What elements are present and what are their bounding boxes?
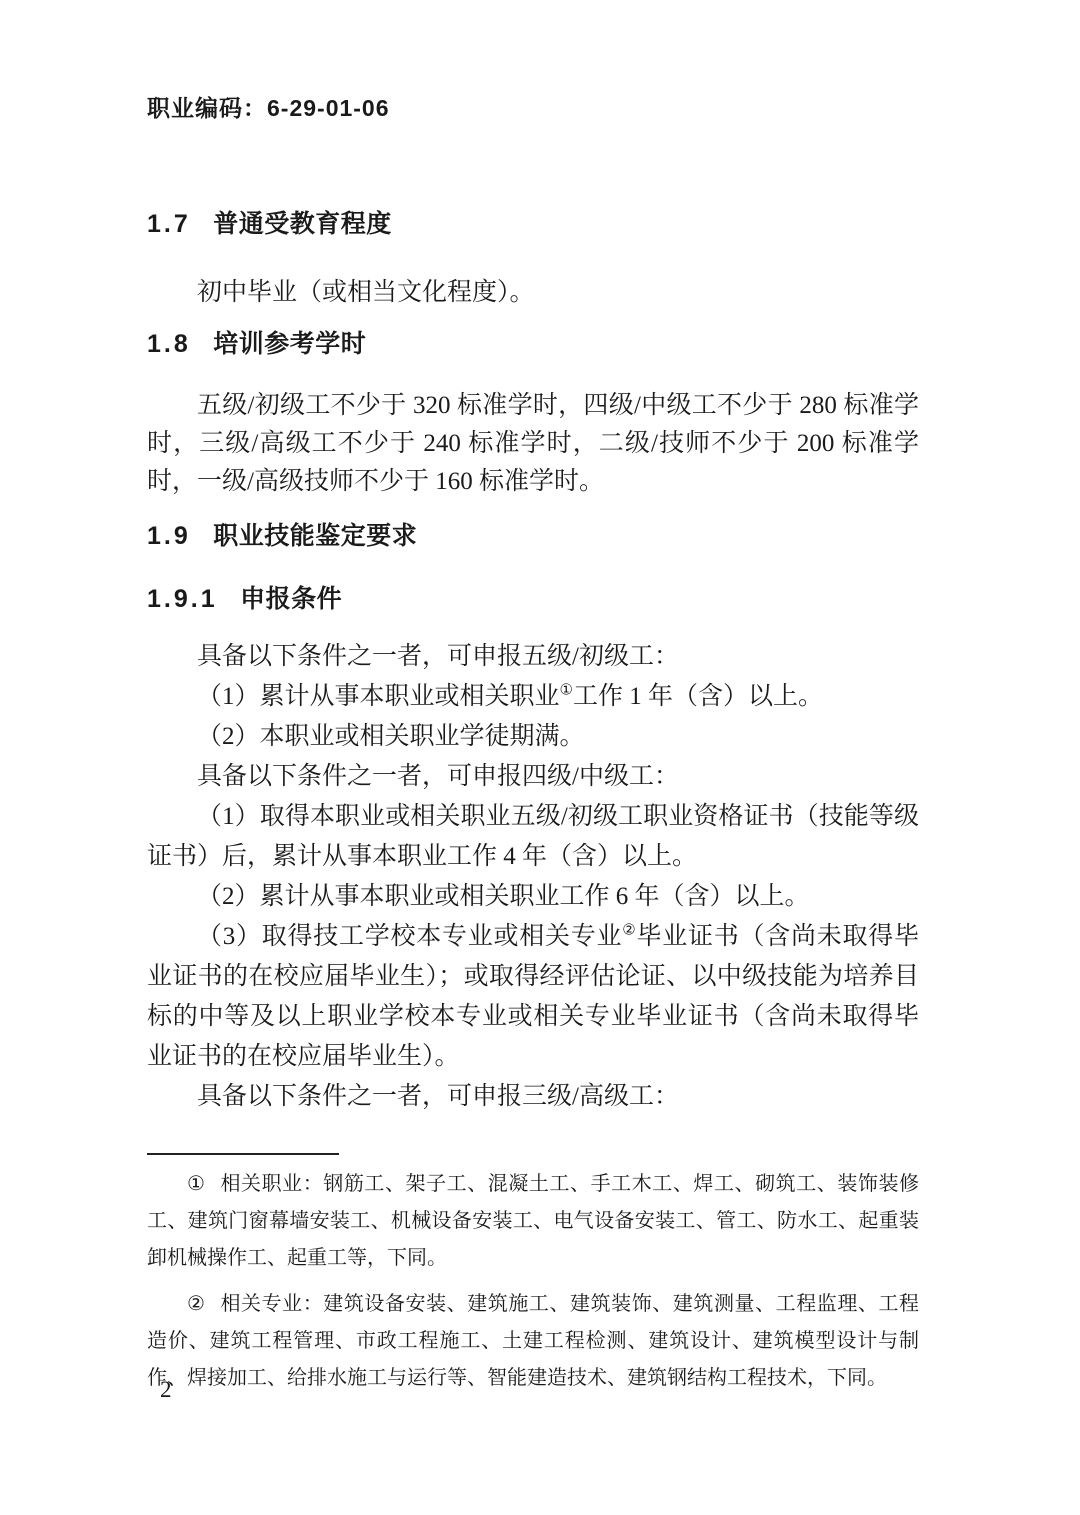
section-heading-1-9: 1.9职业技能鉴定要求: [147, 521, 919, 552]
footnote-1: ①相关职业：钢筋工、架子工、混凝土工、手工木工、焊工、砌筑工、装饰装修工、建筑门…: [147, 1166, 919, 1277]
footnote-marker-2: ②: [187, 1293, 206, 1315]
condition-text: （3）取得技工学校本专业或相关专业: [197, 923, 622, 950]
condition-text: 工作 1 年（含）以上。: [573, 683, 823, 710]
section-title: 普通受教育程度: [213, 210, 392, 238]
page-number: 2: [160, 1377, 172, 1403]
condition-level5-item1: （1）累计从事本职业或相关职业①工作 1 年（含）以上。: [147, 677, 919, 717]
section-number: 1.7: [147, 210, 191, 238]
section-heading-1-9-1: 1.9.1申报条件: [147, 584, 919, 615]
footnote-text-2: 相关专业：建筑设备安装、建筑施工、建筑装饰、建筑测量、工程监理、工程造价、建筑工…: [147, 1293, 919, 1389]
section-title: 职业技能鉴定要求: [213, 522, 417, 550]
paragraph-education: 初中毕业（或相当文化程度）。: [147, 273, 919, 313]
document-page: 职业编码：6-29-01-06 1.7普通受教育程度 初中毕业（或相当文化程度）…: [0, 0, 1080, 1515]
footnote-ref-2: ②: [622, 923, 636, 939]
footnote-ref-1: ①: [560, 683, 573, 699]
section-title: 培训参考学时: [213, 330, 366, 358]
condition-intro-level4: 具备以下条件之一者，可申报四级/中级工：: [147, 757, 919, 797]
footnote-text-1: 相关职业：钢筋工、架子工、混凝土工、手工木工、焊工、砌筑工、装饰装修工、建筑门窗…: [147, 1173, 919, 1269]
section-number: 1.9: [147, 522, 191, 550]
condition-level4-item1: （1）取得本职业或相关职业五级/初级工职业资格证书（技能等级证书）后，累计从事本…: [147, 797, 919, 877]
condition-intro-level5: 具备以下条件之一者，可申报五级/初级工：: [147, 637, 919, 677]
section-number: 1.8: [147, 330, 191, 358]
footnote-separator: [147, 1153, 339, 1155]
occupation-code-header: 职业编码：6-29-01-06: [147, 0, 919, 123]
footnotes-block: ①相关职业：钢筋工、架子工、混凝土工、手工木工、焊工、砌筑工、装饰装修工、建筑门…: [147, 1166, 919, 1397]
condition-intro-level3: 具备以下条件之一者，可申报三级/高级工：: [147, 1077, 919, 1117]
section-title: 申报条件: [240, 585, 342, 613]
occupation-code-text: 职业编码：6-29-01-06: [147, 95, 390, 121]
section-heading-1-8: 1.8培训参考学时: [147, 329, 919, 360]
condition-text: （1）累计从事本职业或相关职业: [197, 683, 560, 710]
page-content: 职业编码：6-29-01-06 1.7普通受教育程度 初中毕业（或相当文化程度）…: [0, 0, 1080, 1117]
section-number: 1.9.1: [147, 585, 218, 613]
footnote-2: ②相关专业：建筑设备安装、建筑施工、建筑装饰、建筑测量、工程监理、工程造价、建筑…: [147, 1286, 919, 1397]
application-conditions-block: 具备以下条件之一者，可申报五级/初级工： （1）累计从事本职业或相关职业①工作 …: [147, 637, 919, 1117]
footnote-marker-1: ①: [187, 1173, 206, 1195]
paragraph-training-hours: 五级/初级工不少于 320 标准学时，四级/中级工不少于 280 标准学时，三级…: [147, 387, 919, 501]
condition-level4-item3: （3）取得技工学校本专业或相关专业②毕业证书（含尚未取得毕业证书的在校应届毕业生…: [147, 917, 919, 1077]
section-heading-1-7: 1.7普通受教育程度: [147, 209, 919, 240]
condition-level4-item2: （2）累计从事本职业或相关职业工作 6 年（含）以上。: [147, 877, 919, 917]
condition-level5-item2: （2）本职业或相关职业学徒期满。: [147, 717, 919, 757]
